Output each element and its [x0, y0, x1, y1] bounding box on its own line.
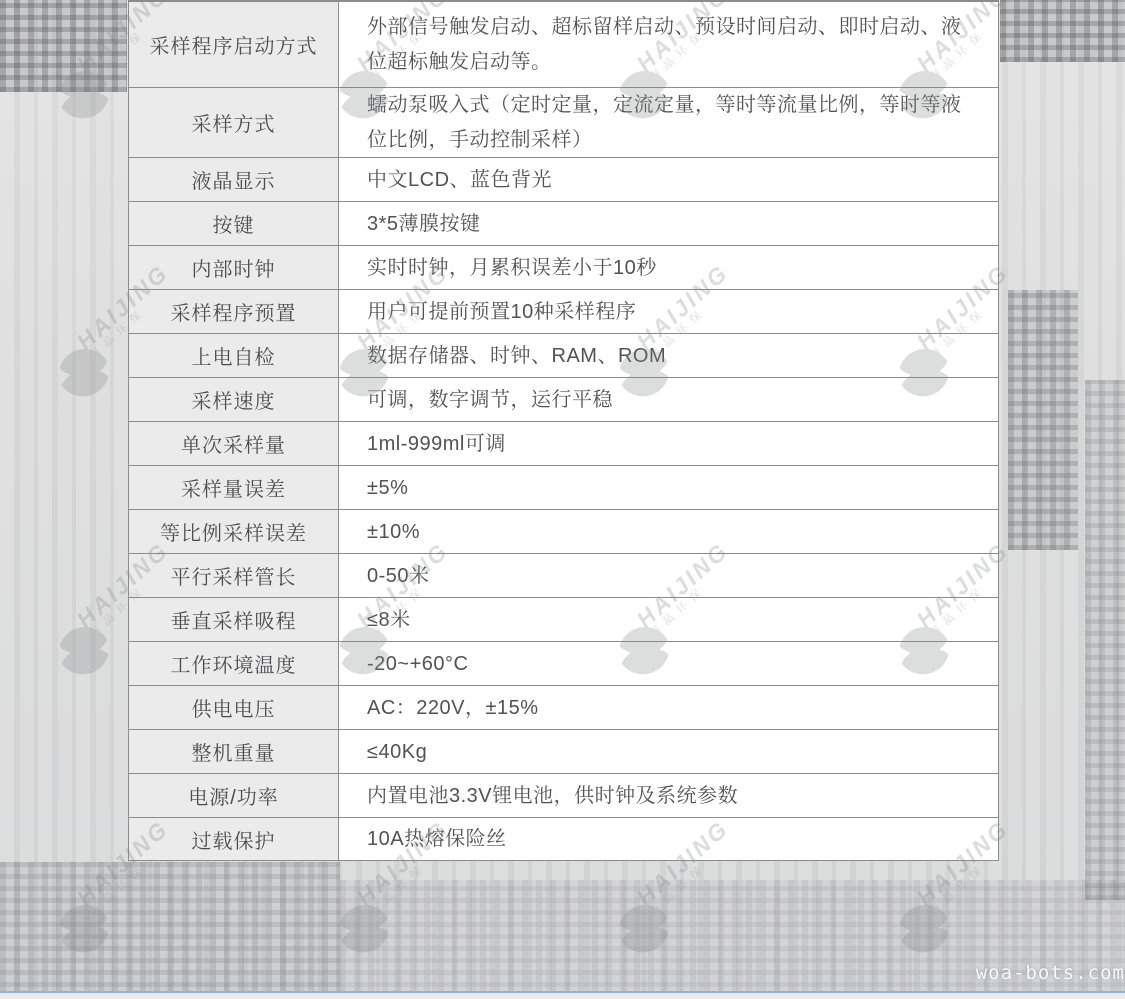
spec-label: 电源/功率 [129, 774, 339, 817]
spec-label: 采样量误差 [129, 466, 339, 509]
spec-value: 可调，数字调节，运行平稳 [339, 378, 998, 421]
spec-label: 按键 [129, 202, 339, 245]
spec-label: 平行采样管长 [129, 554, 339, 597]
spec-row: 整机重量≤40Kg [129, 729, 998, 773]
spec-value: 中文LCD、蓝色背光 [339, 158, 998, 201]
spec-table: 采样程序启动方式外部信号触发启动、超标留样启动、预设时间启动、即时启动、液位超标… [128, 0, 999, 861]
spec-row: 内部时钟实时时钟，月累积误差小于10秒 [129, 245, 998, 289]
spec-label: 采样方式 [129, 88, 339, 157]
spec-label: 工作环境温度 [129, 642, 339, 685]
spec-value: ≤8米 [339, 598, 998, 641]
spec-value: AC：220V，±15% [339, 686, 998, 729]
spec-label: 采样速度 [129, 378, 339, 421]
spec-value: 蠕动泵吸入式（定时定量，定流定量，等时等流量比例，等时等液位比例，手动控制采样） [339, 88, 998, 157]
spec-row: 采样量误差±5% [129, 465, 998, 509]
spec-row: 按键3*5薄膜按键 [129, 201, 998, 245]
footer-edge-strip [0, 993, 1125, 999]
spec-row: 过载保护10A热熔保险丝 [129, 817, 998, 860]
spec-row: 采样速度可调，数字调节，运行平稳 [129, 377, 998, 421]
spec-value: 3*5薄膜按键 [339, 202, 998, 245]
background-building-right [1008, 290, 1078, 550]
spec-row: 采样方式蠕动泵吸入式（定时定量，定流定量，等时等流量比例，等时等液位比例，手动控… [129, 87, 998, 157]
spec-row: 液晶显示中文LCD、蓝色背光 [129, 157, 998, 201]
spec-value: 1ml-999ml可调 [339, 422, 998, 465]
spec-label: 垂直采样吸程 [129, 598, 339, 641]
spec-row: 采样程序启动方式外部信号触发启动、超标留样启动、预设时间启动、即时启动、液位超标… [129, 2, 998, 87]
background-building-bottom-left [0, 862, 340, 999]
background-building-right-lower [1085, 380, 1125, 900]
spec-label: 采样程序启动方式 [129, 2, 339, 87]
spec-row: 工作环境温度-20~+60°C [129, 641, 998, 685]
spec-value: ≤40Kg [339, 730, 998, 773]
spec-row: 单次采样量1ml-999ml可调 [129, 421, 998, 465]
spec-label: 等比例采样误差 [129, 510, 339, 553]
spec-value: ±5% [339, 466, 998, 509]
spec-value: 内置电池3.3V锂电池，供时钟及系统参数 [339, 774, 998, 817]
spec-label: 单次采样量 [129, 422, 339, 465]
spec-row: 垂直采样吸程≤8米 [129, 597, 998, 641]
spec-value: 实时时钟，月累积误差小于10秒 [339, 246, 998, 289]
spec-label: 整机重量 [129, 730, 339, 773]
site-watermark-text: woa-bots.com [976, 962, 1125, 984]
spec-row: 电源/功率内置电池3.3V锂电池，供时钟及系统参数 [129, 773, 998, 817]
spec-row: 等比例采样误差±10% [129, 509, 998, 553]
spec-row: 采样程序预置用户可提前预置10种采样程序 [129, 289, 998, 333]
spec-value: ±10% [339, 510, 998, 553]
spec-value: 用户可提前预置10种采样程序 [339, 290, 998, 333]
spec-row: 供电电压AC：220V，±15% [129, 685, 998, 729]
spec-value: 数据存储器、时钟、RAM、ROM [339, 334, 998, 377]
spec-row: 上电自检数据存储器、时钟、RAM、ROM [129, 333, 998, 377]
spec-value: 10A热熔保险丝 [339, 818, 998, 860]
spec-value: -20~+60°C [339, 642, 998, 685]
spec-sheet-page: 采样程序启动方式外部信号触发启动、超标留样启动、预设时间启动、即时启动、液位超标… [0, 0, 1125, 999]
spec-label: 过载保护 [129, 818, 339, 860]
spec-label: 供电电压 [129, 686, 339, 729]
background-building-top-left [0, 0, 127, 92]
spec-label: 液晶显示 [129, 158, 339, 201]
spec-row: 平行采样管长0-50米 [129, 553, 998, 597]
spec-label: 内部时钟 [129, 246, 339, 289]
spec-value: 0-50米 [339, 554, 998, 597]
spec-label: 上电自检 [129, 334, 339, 377]
background-building-top-right [1000, 0, 1125, 62]
spec-value: 外部信号触发启动、超标留样启动、预设时间启动、即时启动、液位超标触发启动等。 [339, 2, 998, 87]
spec-label: 采样程序预置 [129, 290, 339, 333]
spec-table-body: 采样程序启动方式外部信号触发启动、超标留样启动、预设时间启动、即时启动、液位超标… [129, 2, 998, 860]
